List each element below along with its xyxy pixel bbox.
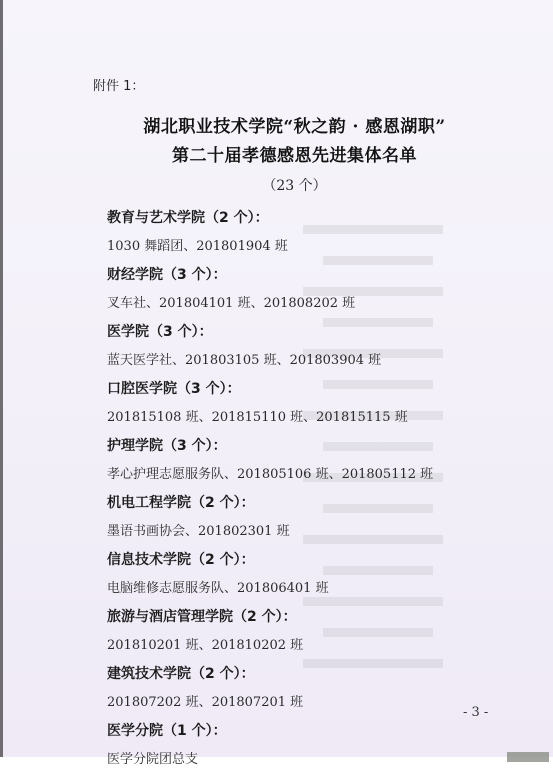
college-members: 孝心护理志愿服务队、201805106 班、201805112 班 (107, 461, 507, 490)
document-title-line1: 湖北职业技术学院“秋之韵 · 感恩湖职” (18, 112, 553, 137)
college-members: 医学分院团总支 (107, 746, 507, 768)
college-members: 201810201 班、201810202 班 (107, 632, 507, 661)
college-heading: 财经学院（3 个）： (107, 261, 507, 290)
college-members: 201807202 班、201807201 班 (107, 689, 507, 718)
page-number: - 3 - (463, 705, 488, 720)
college-heading: 护理学院（3 个）： (107, 432, 507, 461)
college-members: 电脑维修志愿服务队、201806401 班 (107, 575, 507, 604)
college-members: 墨语书画协会、201802301 班 (107, 518, 507, 547)
document-title-line2: 第二十届孝德感恩先进集体名单 (18, 141, 553, 166)
college-members: 蓝天医学社、201803105 班、201803904 班 (107, 347, 507, 376)
college-heading: 机电工程学院（2 个）： (107, 489, 507, 518)
college-heading: 旅游与酒店管理学院（2 个）： (107, 603, 507, 632)
college-list: 教育与艺术学院（2 个）： 1030 舞蹈团、201801904 班 财经学院（… (107, 204, 507, 768)
total-count: （23 个） (18, 175, 553, 195)
college-heading: 医学院（3 个）： (107, 318, 507, 347)
college-heading: 教育与艺术学院（2 个）： (107, 204, 507, 233)
college-heading: 医学分院（1 个）： (107, 717, 507, 746)
college-heading: 建筑技术学院（2 个）： (107, 660, 507, 689)
college-heading: 口腔医学院（3 个）： (107, 375, 507, 404)
college-members: 1030 舞蹈团、201801904 班 (107, 233, 507, 262)
college-heading: 信息技术学院（2 个）： (107, 546, 507, 575)
annex-label: 附件 1： (93, 75, 144, 94)
college-members: 叉车社、201804101 班、201808202 班 (107, 290, 507, 319)
scanned-page: 附件 1： 湖北职业技术学院“秋之韵 · 感恩湖职” 第二十届孝德感恩先进集体名… (0, 0, 553, 757)
watermark-logo (507, 752, 549, 762)
college-members: 201815108 班、201815110 班、201815115 班 (107, 404, 507, 433)
